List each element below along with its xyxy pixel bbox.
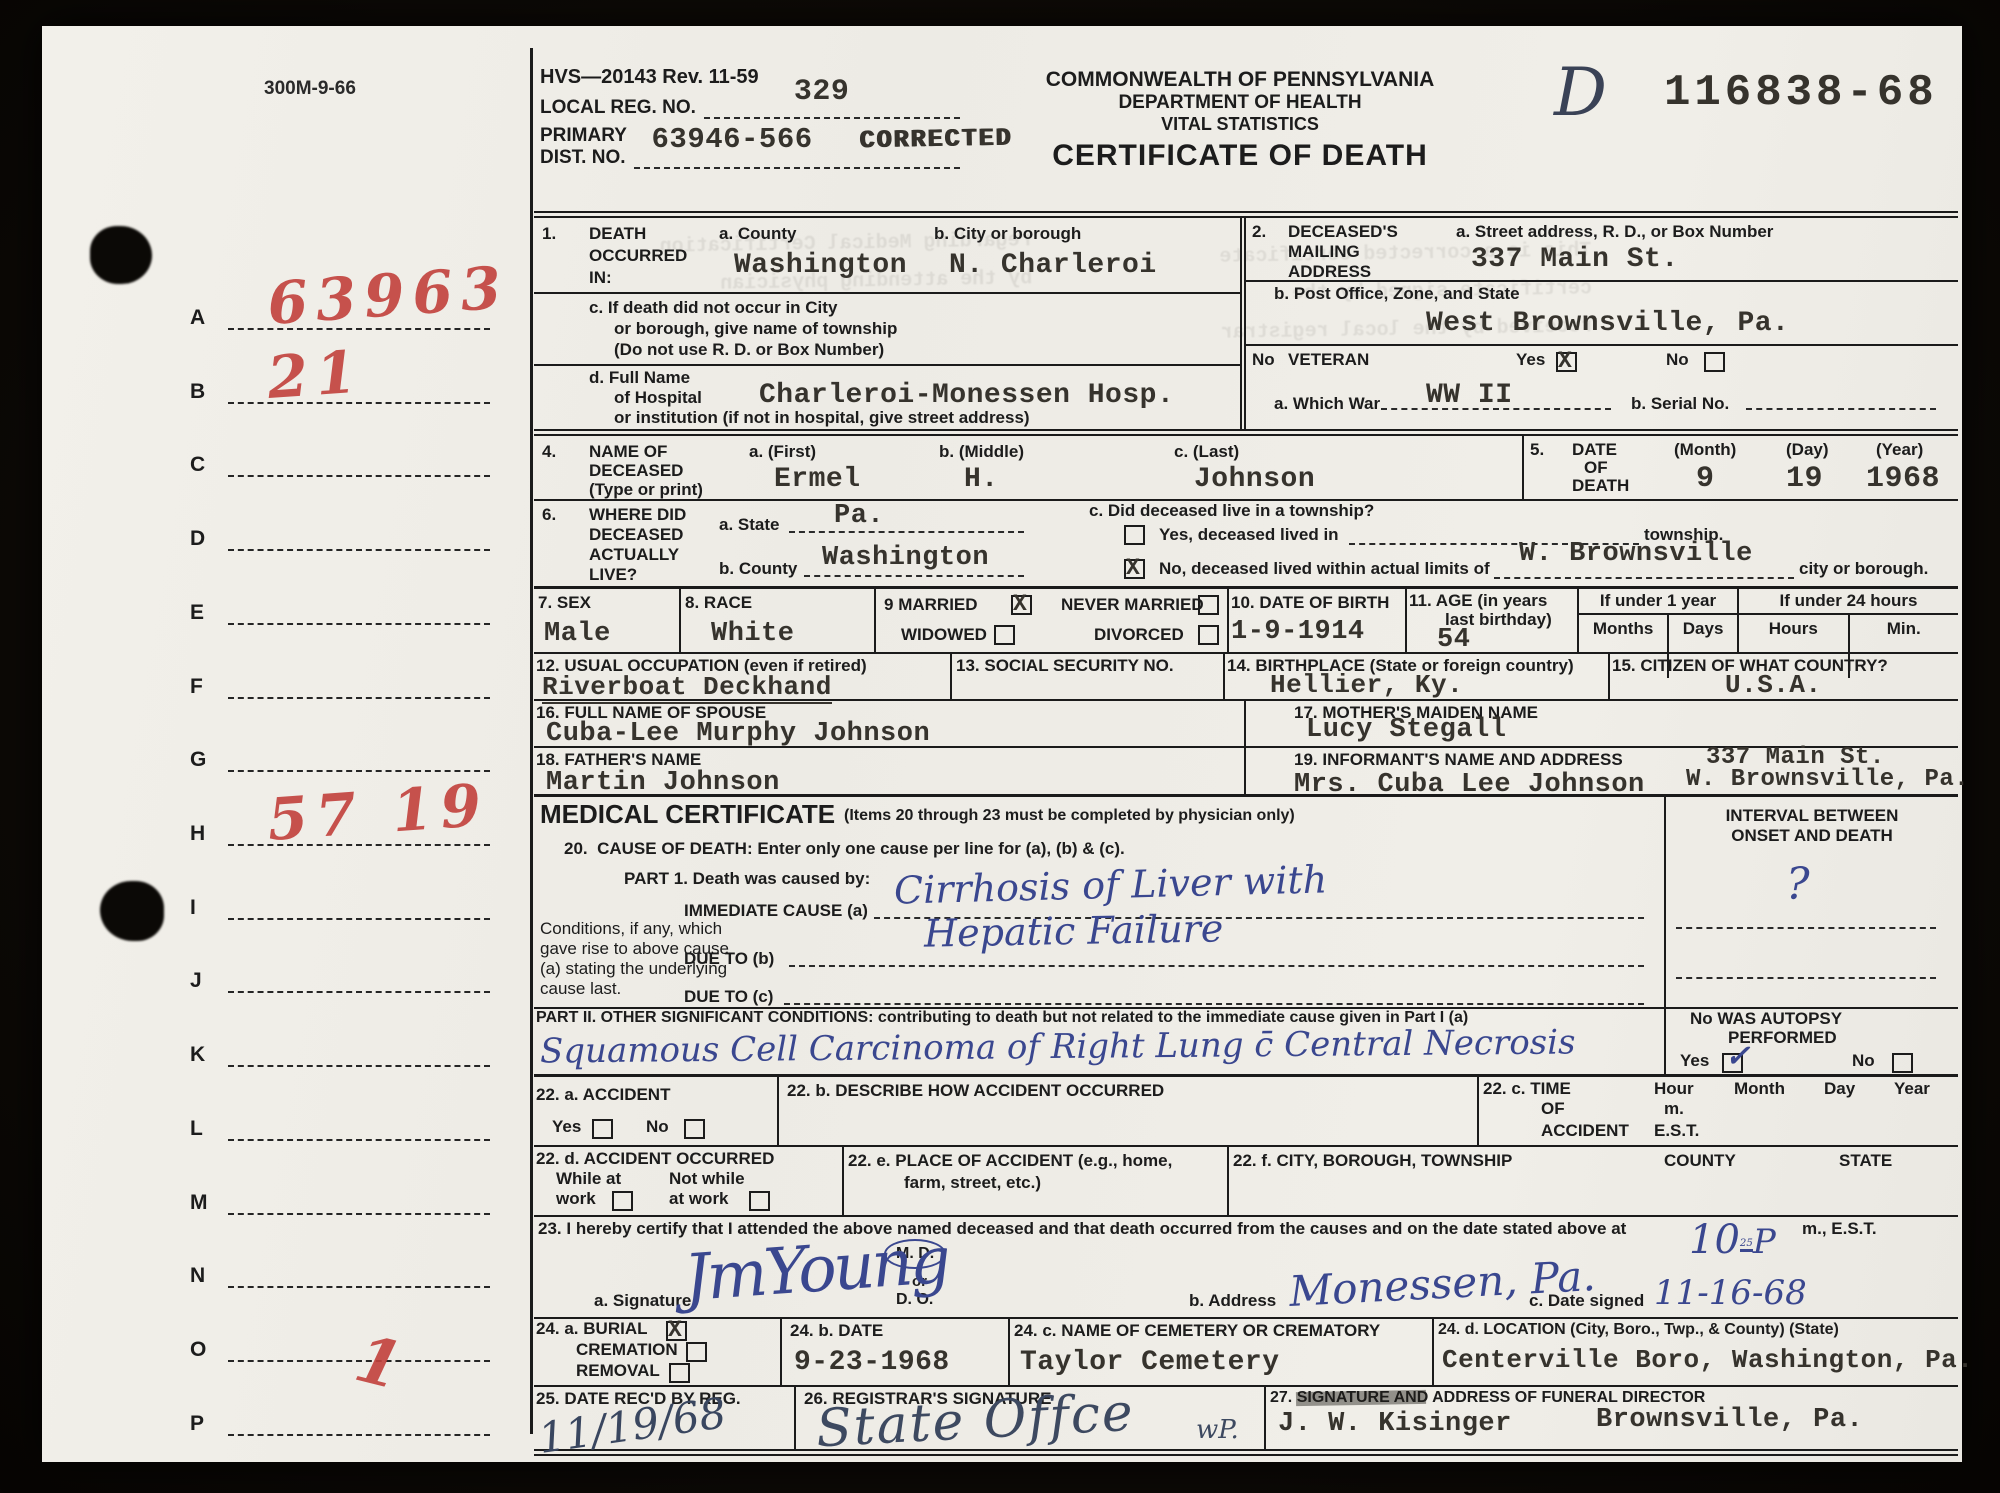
margin-letter: H bbox=[190, 822, 212, 846]
s24d-value: Centerville Boro, Washington, Pa. bbox=[1442, 1345, 1973, 1375]
margin-line: 1 bbox=[228, 1342, 490, 1362]
section-17: 17. MOTHER'S MAIDEN NAME Lucy Stegall bbox=[1246, 701, 1958, 746]
s5-day-value: 19 bbox=[1786, 462, 1823, 496]
s6-label3: ACTUALLY bbox=[589, 545, 679, 565]
under-24-hours: If under 24 hours Hours Min. bbox=[1739, 589, 1958, 652]
registrar-signature-extra: wP. bbox=[1196, 1415, 1239, 1445]
double-rule bbox=[534, 1449, 1958, 1456]
s5-year-label: (Year) bbox=[1876, 440, 1923, 460]
part2-cell: PART II. OTHER SIGNIFICANT CONDITIONS: c… bbox=[534, 1009, 1666, 1074]
margin-row: D bbox=[190, 529, 490, 551]
margin-col: A63963B21CDEFGH57 19IJKLMNO1P bbox=[190, 308, 490, 1436]
s22f-county: COUNTY bbox=[1664, 1151, 1736, 1171]
s22d-while1: While at bbox=[556, 1169, 621, 1189]
s3-yes-label: Yes bbox=[1516, 350, 1545, 370]
s9-married-checkbox: X bbox=[1011, 595, 1032, 615]
s3-no: No bbox=[1252, 350, 1275, 370]
margin-letter: I bbox=[190, 896, 212, 920]
s3a-value: WW II bbox=[1426, 380, 1513, 411]
s16-value: Cuba-Lee Murphy Johnson bbox=[546, 719, 930, 749]
s2-label3: ADDRESS bbox=[1288, 262, 1371, 282]
s1c-label2: or borough, give name of township bbox=[614, 319, 897, 339]
section-1: 1. DEATH OCCURRED IN: a. County Washingt… bbox=[534, 218, 1246, 429]
s3-yes-checkbox: X bbox=[1556, 352, 1577, 372]
certificate-number: 116838-68 bbox=[1664, 68, 1938, 118]
s23-date-signed-value: 11-16-68 bbox=[1654, 1273, 1807, 1313]
section-9: 9 MARRIED X NEVER MARRIED WIDOWED DIVORC… bbox=[876, 589, 1229, 652]
section-7: 7. SEX Male bbox=[534, 589, 681, 652]
header-left: HVS—20143 Rev. 11-59 LOCAL REG. NO. 329 … bbox=[534, 26, 966, 211]
s24b-value: 9-23-1968 bbox=[794, 1347, 950, 1378]
s6-no-checkbox: X bbox=[1124, 559, 1145, 579]
section-14: 14. BIRTHPLACE (State or foreign country… bbox=[1225, 654, 1610, 699]
section-16: 16. FULL NAME OF SPOUSE Cuba-Lee Murphy … bbox=[534, 701, 1246, 746]
s1-label2: OCCURRED bbox=[589, 246, 687, 266]
section-21: No WAS AUTOPSY PERFORMED Yes ✓ No bbox=[1666, 1009, 1958, 1074]
s23-signature-label: a. Signature bbox=[594, 1291, 691, 1311]
section-23-cell: 23. I hereby certify that I attended the… bbox=[534, 1217, 1958, 1317]
section-18: 18. FATHER'S NAME Martin Johnson bbox=[534, 748, 1246, 794]
section-10: 10. DATE OF BIRTH 1-9-1914 bbox=[1229, 589, 1407, 652]
section-24b: 24. b. DATE 9-23-1968 bbox=[782, 1319, 1010, 1385]
s6c-label: c. Did deceased live in a township? bbox=[1089, 501, 1374, 521]
s5-month-value: 9 bbox=[1696, 462, 1715, 496]
s3-label: VETERAN bbox=[1288, 350, 1369, 370]
section-6-cell: 6. WHERE DID DECEASED ACTUALLY LIVE? a. … bbox=[534, 501, 1958, 586]
margin-row: C bbox=[190, 455, 490, 477]
margin-row: A63963 bbox=[190, 308, 490, 330]
s22f-state: STATE bbox=[1839, 1151, 1892, 1171]
s2-no: 2. bbox=[1252, 222, 1266, 242]
s2-label2: MAILING bbox=[1288, 242, 1360, 262]
margin-line bbox=[228, 1268, 490, 1288]
margin-letter: F bbox=[190, 675, 212, 699]
s23-time: 1025P bbox=[1689, 1217, 1776, 1263]
margin-line bbox=[228, 679, 490, 699]
s1-label3: IN: bbox=[589, 268, 612, 288]
margin-letter: L bbox=[190, 1117, 212, 1141]
s9-widowed-label: WIDOWED bbox=[901, 625, 987, 645]
s4b-label: b. (Middle) bbox=[939, 442, 1024, 462]
margin-row: M bbox=[190, 1193, 490, 1215]
header-center: COMMONWEALTH OF PENNSYLVANIA DEPARTMENT … bbox=[966, 26, 1514, 211]
margin-row: J bbox=[190, 971, 490, 993]
s6b-value: Washington bbox=[822, 543, 989, 573]
s22c-of: OF bbox=[1541, 1099, 1565, 1119]
s6a-label: a. State bbox=[719, 515, 779, 535]
s22c-day: Day bbox=[1824, 1079, 1855, 1099]
funeral-director-name: J. W. Kisinger bbox=[1278, 1409, 1512, 1439]
s6-no: 6. bbox=[542, 505, 556, 525]
dist-no-value: 63946-566 bbox=[652, 123, 813, 156]
certificate-paper: 300M-9-66 A63963B21CDEFGH57 19IJKLMNO1P … bbox=[42, 26, 1962, 1462]
s1c-label3: (Do not use R. D. or Box Number) bbox=[614, 340, 884, 360]
header-right: D 116838-68 bbox=[1514, 26, 1958, 211]
margin-line bbox=[228, 973, 490, 993]
margin-letter: C bbox=[190, 453, 212, 477]
s22d-while-checkbox bbox=[612, 1191, 633, 1211]
s5-year-value: 1968 bbox=[1866, 462, 1940, 496]
s6-label4: LIVE? bbox=[589, 565, 637, 585]
section-27: 27. SIGNATURE AND ADDRESS OF FUNERAL DIR… bbox=[1266, 1387, 1958, 1449]
s23-date-signed-label: c. Date signed bbox=[1529, 1291, 1644, 1311]
s10-value: 1-9-1914 bbox=[1231, 617, 1365, 647]
margin-letter: J bbox=[190, 969, 212, 993]
double-rule bbox=[534, 429, 1958, 436]
section-22e: 22. e. PLACE OF ACCIDENT (e.g., home, fa… bbox=[844, 1147, 1229, 1215]
margin-letter: K bbox=[190, 1043, 212, 1067]
medical-certificate: MEDICAL CERTIFICATE (Items 20 through 23… bbox=[534, 797, 1958, 1009]
s24c-value: Taylor Cemetery bbox=[1020, 1347, 1280, 1378]
margin-row: E bbox=[190, 603, 490, 625]
s22a-yes: Yes bbox=[552, 1117, 581, 1137]
section-24c: 24. c. NAME OF CEMETERY OR CREMATORY Tay… bbox=[1010, 1319, 1434, 1385]
margin-letter: A bbox=[190, 306, 212, 330]
margin-line bbox=[228, 1047, 490, 1067]
margin-line: 63963 bbox=[228, 310, 490, 330]
s22a-yes-checkbox bbox=[592, 1119, 613, 1139]
s6-label1: WHERE DID bbox=[589, 505, 686, 525]
section-11: 11. AGE (in years last birthday) 54 bbox=[1407, 589, 1579, 652]
s4-label1: NAME OF bbox=[589, 442, 667, 462]
s3-no-checkbox bbox=[1704, 352, 1725, 372]
s6-yes-text: Yes, deceased lived in bbox=[1159, 525, 1339, 545]
medical-main: MEDICAL CERTIFICATE (Items 20 through 23… bbox=[534, 797, 1666, 1007]
sections-7-11: 7. SEX Male 8. RACE White 9 MARRIED X NE… bbox=[534, 589, 1958, 654]
cremation-label: CREMATION bbox=[576, 1340, 678, 1360]
section-22b: 22. b. DESCRIBE HOW ACCIDENT OCCURRED bbox=[779, 1077, 1479, 1145]
section-22c: 22. c. TIME OF ACCIDENT Hour m. E.S.T. M… bbox=[1479, 1077, 1958, 1145]
s22d-not1: Not while bbox=[669, 1169, 745, 1189]
s22c-est: E.S.T. bbox=[1654, 1121, 1699, 1141]
section-15: 15. CITIZEN OF WHAT COUNTRY? U.S.A. bbox=[1610, 654, 1958, 699]
s3b-label: b. Serial No. bbox=[1631, 394, 1729, 414]
section-4: 4. NAME OF DECEASED (Type or print) a. (… bbox=[534, 436, 1524, 499]
dist-no-label: DIST. NO. bbox=[540, 147, 626, 169]
s6-yes-checkbox bbox=[1124, 525, 1145, 545]
org-line3: VITAL STATISTICS bbox=[972, 114, 1508, 135]
section-24a: 24. a. BURIAL X CREMATION REMOVAL bbox=[534, 1319, 782, 1385]
s22c-accident: ACCIDENT bbox=[1541, 1121, 1629, 1141]
section-26: 26. REGISTRAR'S SIGNATURE State Offce wP… bbox=[796, 1387, 1266, 1449]
s22d-while2: work bbox=[556, 1189, 596, 1209]
s23-address-label: b. Address bbox=[1189, 1291, 1276, 1311]
margin-row: O1 bbox=[190, 1340, 490, 1362]
s5-label1: DATE bbox=[1572, 440, 1617, 460]
s1-label: DEATH bbox=[589, 224, 646, 244]
part1-label: PART 1. Death was caused by: bbox=[624, 869, 870, 889]
margin-row: I bbox=[190, 898, 490, 920]
margin-row: B21 bbox=[190, 382, 490, 404]
part2-value: Squamous Cell Carcinoma of Right Lung c̄… bbox=[540, 1022, 1576, 1071]
print-batch-stamp: 300M-9-66 bbox=[264, 78, 356, 100]
s4a-value: Ermel bbox=[774, 464, 861, 495]
margin-letter: B bbox=[190, 380, 212, 404]
s21-no-checkbox bbox=[1892, 1053, 1913, 1073]
s22c-year: Year bbox=[1894, 1079, 1930, 1099]
s5-month-label: (Month) bbox=[1674, 440, 1736, 460]
margin-value-red: 63963 bbox=[265, 253, 511, 338]
interval-label2: ONSET AND DEATH bbox=[1672, 826, 1952, 846]
s22d-not2: at work bbox=[669, 1189, 729, 1209]
margin-row: L bbox=[190, 1119, 490, 1141]
margin-row: H57 19 bbox=[190, 824, 490, 846]
interval-column: INTERVAL BETWEEN ONSET AND DEATH ? bbox=[1666, 797, 1958, 1007]
s2b-label: b. Post Office, Zone, and State bbox=[1274, 284, 1520, 304]
margin-letter: G bbox=[190, 748, 212, 772]
s2-label1: DECEASED'S bbox=[1288, 222, 1398, 242]
margin-row: K bbox=[190, 1045, 490, 1067]
section-5: 5. DATE OF DEATH (Month) (Day) (Year) 9 … bbox=[1524, 436, 1958, 499]
removal-label: REMOVAL bbox=[576, 1361, 660, 1381]
margin-row: G bbox=[190, 750, 490, 772]
sections-22def: 22. d. ACCIDENT OCCURRED While at work N… bbox=[534, 1147, 1958, 1217]
s22c-month: Month bbox=[1734, 1079, 1785, 1099]
s1d-label2: of Hospital bbox=[614, 388, 702, 408]
medical-subtitle: (Items 20 through 23 must be completed b… bbox=[844, 807, 1295, 825]
s22a-no-checkbox bbox=[684, 1119, 705, 1139]
s6-city-suffix: city or borough. bbox=[1799, 559, 1928, 579]
local-reg-value: 329 bbox=[794, 75, 850, 109]
form-left-rule bbox=[530, 48, 533, 1434]
s9-never-label: NEVER MARRIED bbox=[1061, 595, 1204, 615]
s6b-label: b. County bbox=[719, 559, 797, 579]
s21-yes-label: Yes bbox=[1680, 1051, 1709, 1071]
s12-value: Riverboat Deckhand bbox=[542, 672, 832, 704]
s15-value: U.S.A. bbox=[1725, 670, 1822, 700]
medical-title: MEDICAL CERTIFICATE bbox=[540, 799, 835, 830]
s4-label3: (Type or print) bbox=[589, 480, 703, 500]
org-line2: DEPARTMENT OF HEALTH bbox=[972, 92, 1508, 114]
s22a-no: No bbox=[646, 1117, 669, 1137]
interval-value: ? bbox=[1786, 859, 1810, 910]
page-title: CERTIFICATE OF DEATH bbox=[972, 139, 1508, 173]
u24-header: If under 24 hours bbox=[1739, 589, 1958, 615]
section-12: 12. USUAL OCCUPATION (even if retired) R… bbox=[534, 654, 952, 699]
photo-background: 300M-9-66 A63963B21CDEFGH57 19IJKLMNO1P … bbox=[0, 0, 2000, 1493]
interval-label1: INTERVAL BETWEEN bbox=[1672, 806, 1952, 826]
punch-hole bbox=[100, 881, 164, 941]
s17-value: Lucy Stegall bbox=[1306, 715, 1506, 745]
s3a-label: a. Which War bbox=[1274, 394, 1380, 414]
margin-letter: D bbox=[190, 527, 212, 551]
conditions-note1: Conditions, if any, which bbox=[540, 919, 722, 939]
org-line1: COMMONWEALTH OF PENNSYLVANIA bbox=[972, 68, 1508, 92]
margin-line bbox=[228, 900, 490, 920]
s3b-blank bbox=[1746, 386, 1936, 410]
margin-value-red: 57 19 bbox=[265, 771, 491, 854]
immediate-cause-label: IMMEDIATE CAUSE (a) bbox=[684, 901, 868, 921]
s19-value: Mrs. Cuba Lee Johnson bbox=[1294, 770, 1645, 800]
under-1-year: If under 1 year Months Days bbox=[1579, 589, 1739, 652]
s3-no-label: No bbox=[1666, 350, 1689, 370]
s1b-value: N. Charleroi bbox=[949, 250, 1157, 281]
s9-never-checkbox bbox=[1198, 595, 1219, 615]
s19-addr2: W. Brownsville, Pa. bbox=[1686, 766, 1969, 793]
margin-value-red: 1 bbox=[348, 1321, 417, 1406]
section-25: 25. DATE REC'D BY REG. 11/19/68 bbox=[534, 1387, 796, 1449]
due-to-c-blank bbox=[784, 981, 1644, 1005]
s22e-line2: farm, street, etc.) bbox=[904, 1173, 1041, 1193]
sections-2-3: 2. DECEASED'S MAILING ADDRESS a. Street … bbox=[1246, 218, 1958, 429]
funeral-director-address: Brownsville, Pa. bbox=[1596, 1405, 1863, 1435]
sections-22abc: 22. a. ACCIDENT Yes No 22. b. DESCRIBE H… bbox=[534, 1077, 1958, 1147]
s5-no: 5. bbox=[1530, 440, 1544, 460]
s4-label2: DECEASED bbox=[589, 461, 683, 481]
double-rule bbox=[534, 211, 1958, 218]
section-24d: 24. d. LOCATION (City, Boro., Twp., & Co… bbox=[1434, 1319, 1958, 1385]
s8-value: White bbox=[711, 619, 795, 649]
margin-value-red: 21 bbox=[265, 337, 366, 412]
s4a-label: a. (First) bbox=[749, 442, 816, 462]
sections-18-19: 18. FATHER'S NAME Martin Johnson 19. INF… bbox=[534, 748, 1958, 797]
punch-hole bbox=[90, 226, 152, 284]
section-23: 23. I hereby certify that I attended the… bbox=[534, 1217, 1958, 1319]
s2a-value: 337 Main St. bbox=[1471, 244, 1679, 275]
margin-row: P bbox=[190, 1414, 490, 1436]
local-reg-label: LOCAL REG. NO. bbox=[540, 97, 696, 119]
margin-line: 57 19 bbox=[228, 826, 490, 846]
burial-checkbox: X bbox=[666, 1321, 687, 1341]
margin-letter: P bbox=[190, 1412, 212, 1436]
margin-line bbox=[228, 1121, 490, 1141]
s7-value: Male bbox=[544, 619, 611, 649]
s2b-value: West Brownsville, Pa. bbox=[1426, 308, 1789, 339]
s22c-m: m. bbox=[1664, 1099, 1684, 1119]
cremation-checkbox bbox=[686, 1342, 707, 1362]
margin-line bbox=[228, 1195, 490, 1215]
u1-header: If under 1 year bbox=[1579, 589, 1737, 615]
s1d-label3: or institution (if not in hospital, give… bbox=[614, 408, 1030, 428]
margin-line bbox=[228, 531, 490, 551]
sections-25-27: 25. DATE REC'D BY REG. 11/19/68 26. REGI… bbox=[534, 1387, 1958, 1449]
s5-label3: DEATH bbox=[1572, 476, 1629, 496]
margin-row: F bbox=[190, 677, 490, 699]
s1-no: 1. bbox=[542, 224, 556, 244]
margin-line bbox=[228, 752, 490, 772]
s6a-value: Pa. bbox=[834, 501, 884, 531]
margin-line bbox=[228, 457, 490, 477]
section-6: 6. WHERE DID DECEASED ACTUALLY LIVE? a. … bbox=[534, 501, 1958, 589]
sections-4-5: 4. NAME OF DECEASED (Type or print) a. (… bbox=[534, 436, 1958, 501]
due-to-b-label: DUE TO (b) bbox=[684, 949, 774, 969]
s4b-value: H. bbox=[964, 464, 999, 495]
due-to-b-value: Hepatic Failure bbox=[924, 906, 1224, 955]
section-13: 13. SOCIAL SECURITY NO. bbox=[952, 654, 1225, 699]
s6-label2: DECEASED bbox=[589, 525, 683, 545]
s9-widowed-checkbox bbox=[994, 625, 1015, 645]
overstrike-mark bbox=[1296, 1390, 1426, 1406]
s5-day-label: (Day) bbox=[1786, 440, 1829, 460]
section-22f: 22. f. CITY, BOROUGH, TOWNSHIP COUNTY ST… bbox=[1229, 1147, 1958, 1215]
s23-time-suffix: m., E.S.T. bbox=[1802, 1219, 1877, 1239]
s1d-value: Charleroi-Monessen Hosp. bbox=[759, 380, 1174, 411]
sections-12-15: 12. USUAL OCCUPATION (even if retired) R… bbox=[534, 654, 1958, 701]
form-number: HVS—20143 Rev. 11-59 bbox=[540, 66, 960, 89]
s6-no-value: W. Brownsville bbox=[1519, 539, 1753, 569]
margin-row: N bbox=[190, 1266, 490, 1288]
due-to-c-label: DUE TO (c) bbox=[684, 987, 773, 1007]
margin-letter: E bbox=[190, 601, 212, 625]
s1a-label: a. County bbox=[719, 224, 796, 244]
sections-16-17: 16. FULL NAME OF SPOUSE Cuba-Lee Murphy … bbox=[534, 701, 1958, 748]
s6-no-text: No, deceased lived within actual limits … bbox=[1159, 559, 1490, 579]
s4-no: 4. bbox=[542, 442, 556, 462]
section-19: 19. INFORMANT'S NAME AND ADDRESS Mrs. Cu… bbox=[1246, 748, 1958, 794]
part2-row: PART II. OTHER SIGNIFICANT CONDITIONS: c… bbox=[534, 1009, 1958, 1077]
s9-divorced-label: DIVORCED bbox=[1094, 625, 1184, 645]
margin-letter: N bbox=[190, 1264, 212, 1288]
margin-letter: M bbox=[190, 1191, 212, 1215]
section-22d: 22. d. ACCIDENT OCCURRED While at work N… bbox=[534, 1147, 844, 1215]
form-header: HVS—20143 Rev. 11-59 LOCAL REG. NO. 329 … bbox=[534, 26, 1958, 211]
s1b-label: b. City or borough bbox=[934, 224, 1081, 244]
s4c-label: c. (Last) bbox=[1174, 442, 1239, 462]
s22c-hour: Hour bbox=[1654, 1079, 1694, 1099]
sections-1-2-3: 1. DEATH OCCURRED IN: a. County Washingt… bbox=[534, 218, 1958, 429]
s1c-label1: c. If death did not occur in City bbox=[589, 298, 837, 318]
death-certificate-form: HVS—20143 Rev. 11-59 LOCAL REG. NO. 329 … bbox=[534, 26, 1958, 1456]
section-24: 24. a. BURIAL X CREMATION REMOVAL 24. b.… bbox=[534, 1319, 1958, 1387]
s4c-value: Johnson bbox=[1194, 464, 1315, 495]
s5-label2: OF bbox=[1584, 458, 1608, 478]
s14-value: Hellier, Ky. bbox=[1270, 670, 1463, 700]
s1d-label1: d. Full Name bbox=[589, 368, 690, 388]
margin-line: 21 bbox=[228, 384, 490, 404]
margin-line bbox=[228, 1416, 490, 1436]
s18-value: Martin Johnson bbox=[546, 768, 780, 798]
s1a-value: Washington bbox=[734, 250, 907, 281]
section-22a: 22. a. ACCIDENT Yes No bbox=[534, 1077, 779, 1145]
s22d-not-checkbox bbox=[749, 1191, 770, 1211]
s21-yes-checkbox: ✓ bbox=[1722, 1053, 1743, 1073]
removal-checkbox bbox=[669, 1363, 690, 1383]
margin-letter: O bbox=[190, 1338, 212, 1362]
hand-letter-d: D bbox=[1554, 54, 1607, 131]
s9-divorced-checkbox bbox=[1198, 625, 1219, 645]
s2a-label: a. Street address, R. D., or Box Number bbox=[1456, 222, 1773, 242]
conditions-note4: cause last. bbox=[540, 979, 621, 999]
s11-value: 54 bbox=[1437, 625, 1470, 655]
margin-line bbox=[228, 605, 490, 625]
s21-no-label: No bbox=[1852, 1051, 1875, 1071]
section-8: 8. RACE White bbox=[681, 589, 876, 652]
